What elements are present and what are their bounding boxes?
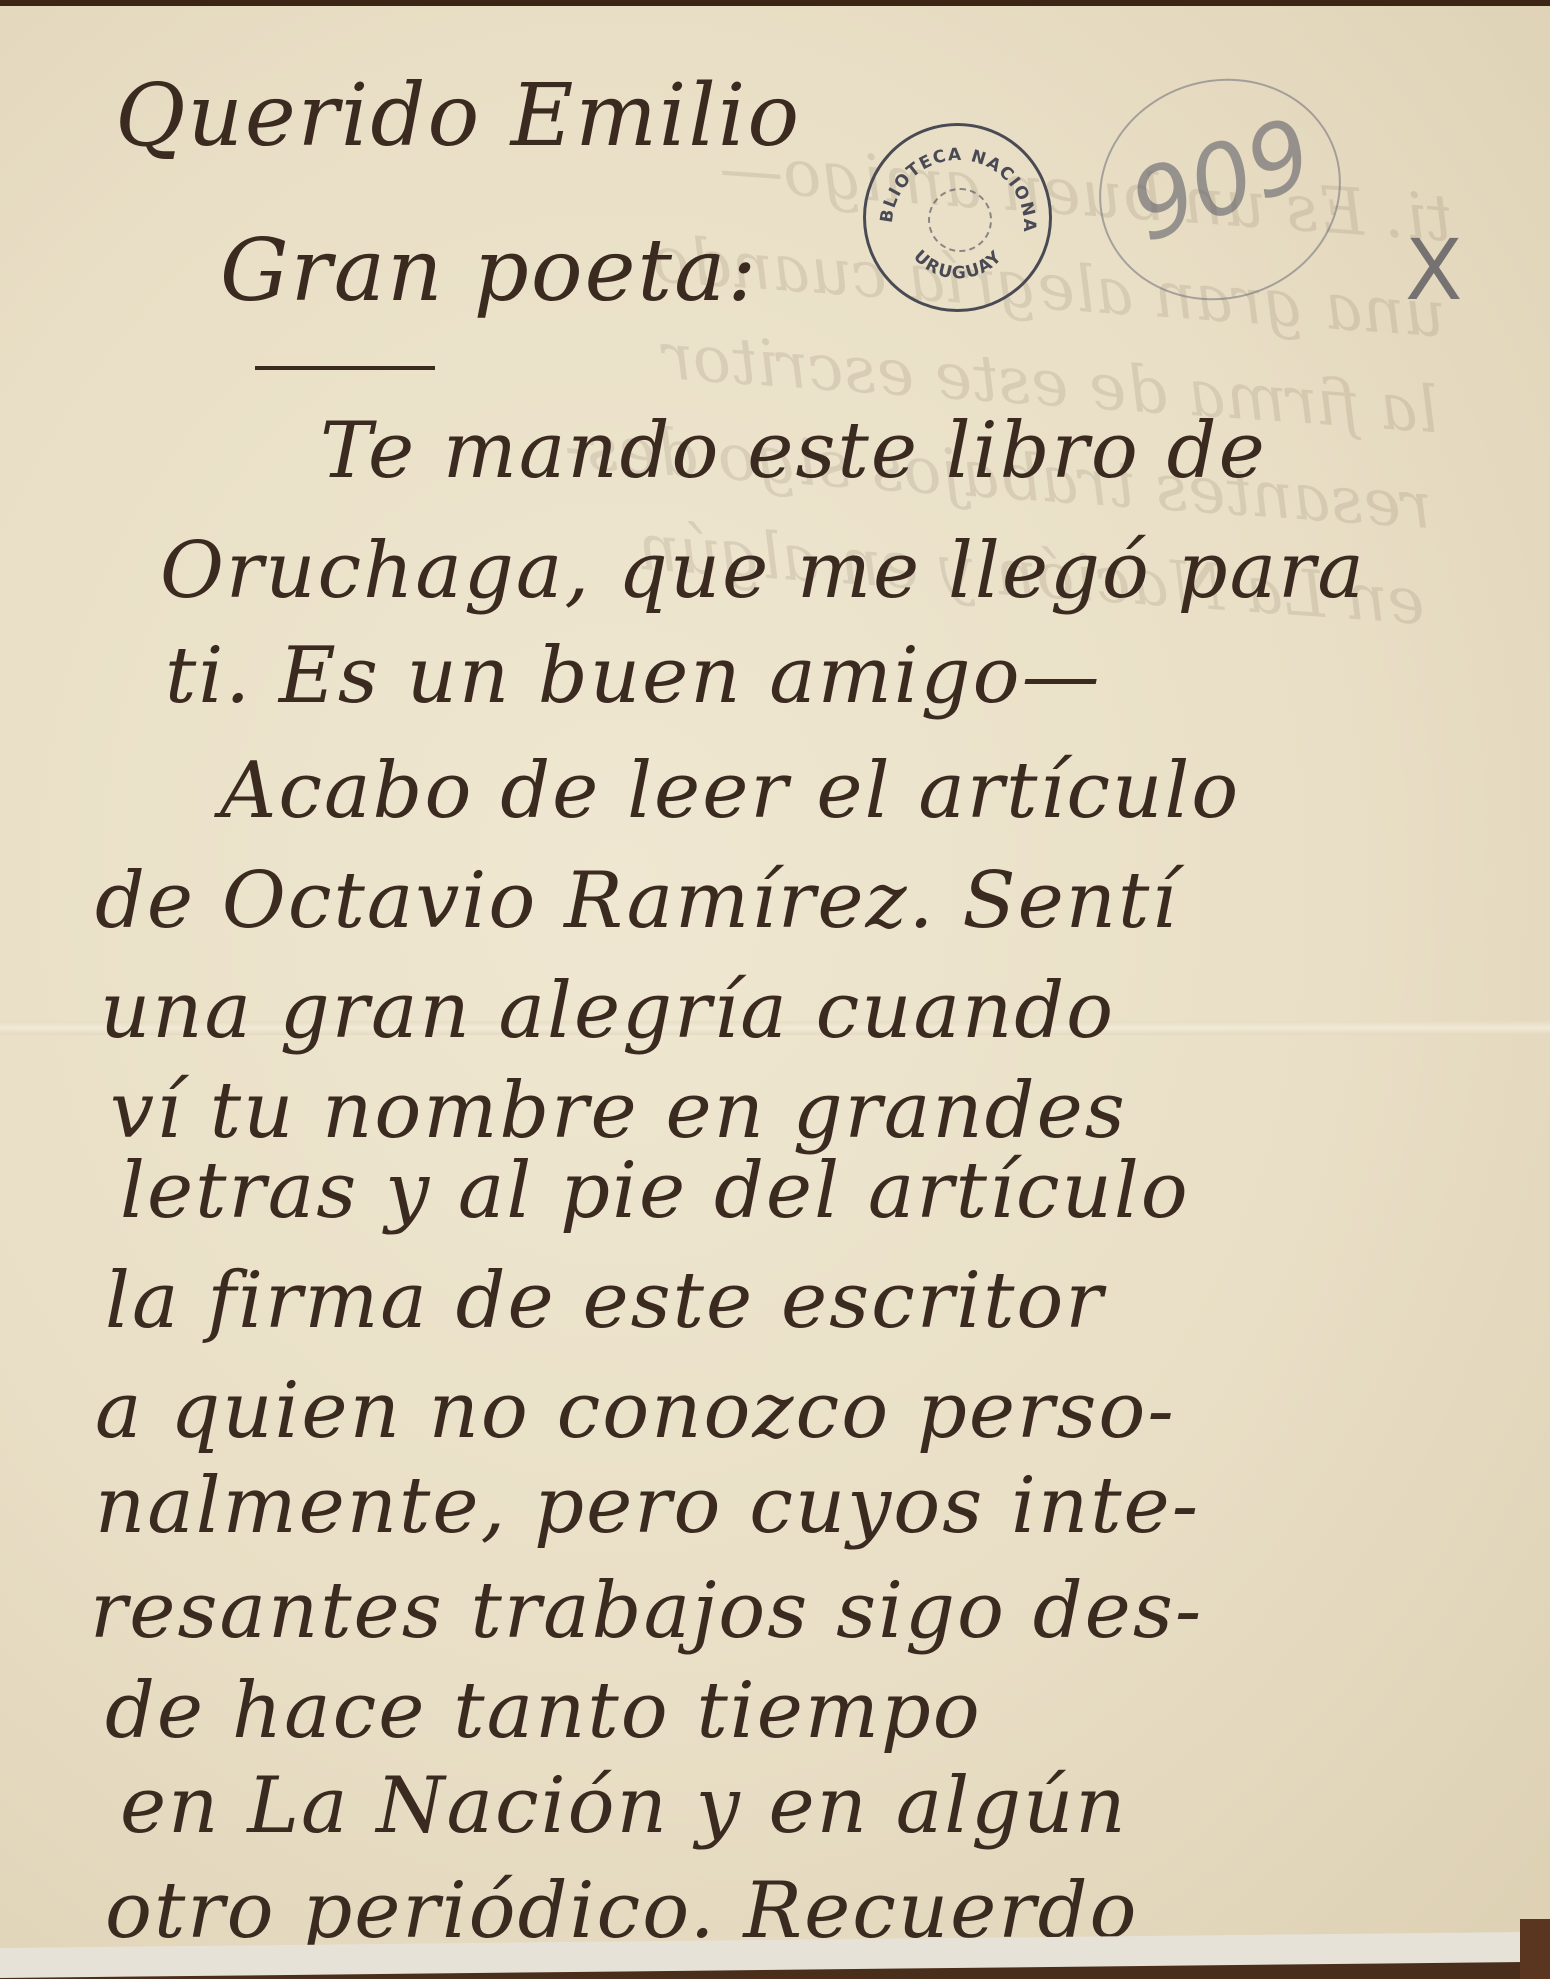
letter-line-5: de Octavio Ramírez. Sentí xyxy=(95,856,1178,946)
salutation-underline xyxy=(255,366,435,370)
pencil-x-mark: X xyxy=(1405,221,1463,319)
letter-line-3: ti. Es un buen amigo— xyxy=(165,631,1102,721)
wood-background-corner xyxy=(1520,1919,1550,1979)
letter-line-13: de hace tanto tiempo xyxy=(105,1666,982,1756)
letter-line-14: en La Nación y en algún xyxy=(120,1761,1128,1851)
letter-line-6: una gran alegría cuando xyxy=(100,966,1115,1056)
letter-line-4: Acabo de leer el artículo xyxy=(220,746,1240,836)
salutation-name: Querido Emilio xyxy=(115,66,801,166)
letter-line-7: ví tu nombre en grandes xyxy=(110,1066,1127,1156)
letter-line-2: Oruchaga, que me llegó para xyxy=(160,526,1366,616)
letter-page: ti. Es un buen amigo— una gran alegría c… xyxy=(0,6,1550,1956)
letter-line-1: Te mando este libro de xyxy=(320,406,1267,496)
svg-text:URUGUAY: URUGUAY xyxy=(909,246,1006,283)
letter-line-8: letras y al pie del artículo xyxy=(120,1146,1190,1236)
letter-line-9: la firma de este escritor xyxy=(105,1256,1105,1346)
library-stamp: BIBLIOTECA NACIONAL URUGUAY xyxy=(863,123,1052,312)
letter-line-11: nalmente, pero cuyos inte- xyxy=(95,1461,1200,1551)
coat-of-arms-icon xyxy=(928,188,992,252)
salutation-title: Gran poeta: xyxy=(220,221,758,321)
letter-line-12: resantes trabajos sigo des- xyxy=(90,1566,1203,1656)
letter-line-10: a quien no conozco perso- xyxy=(95,1366,1176,1456)
